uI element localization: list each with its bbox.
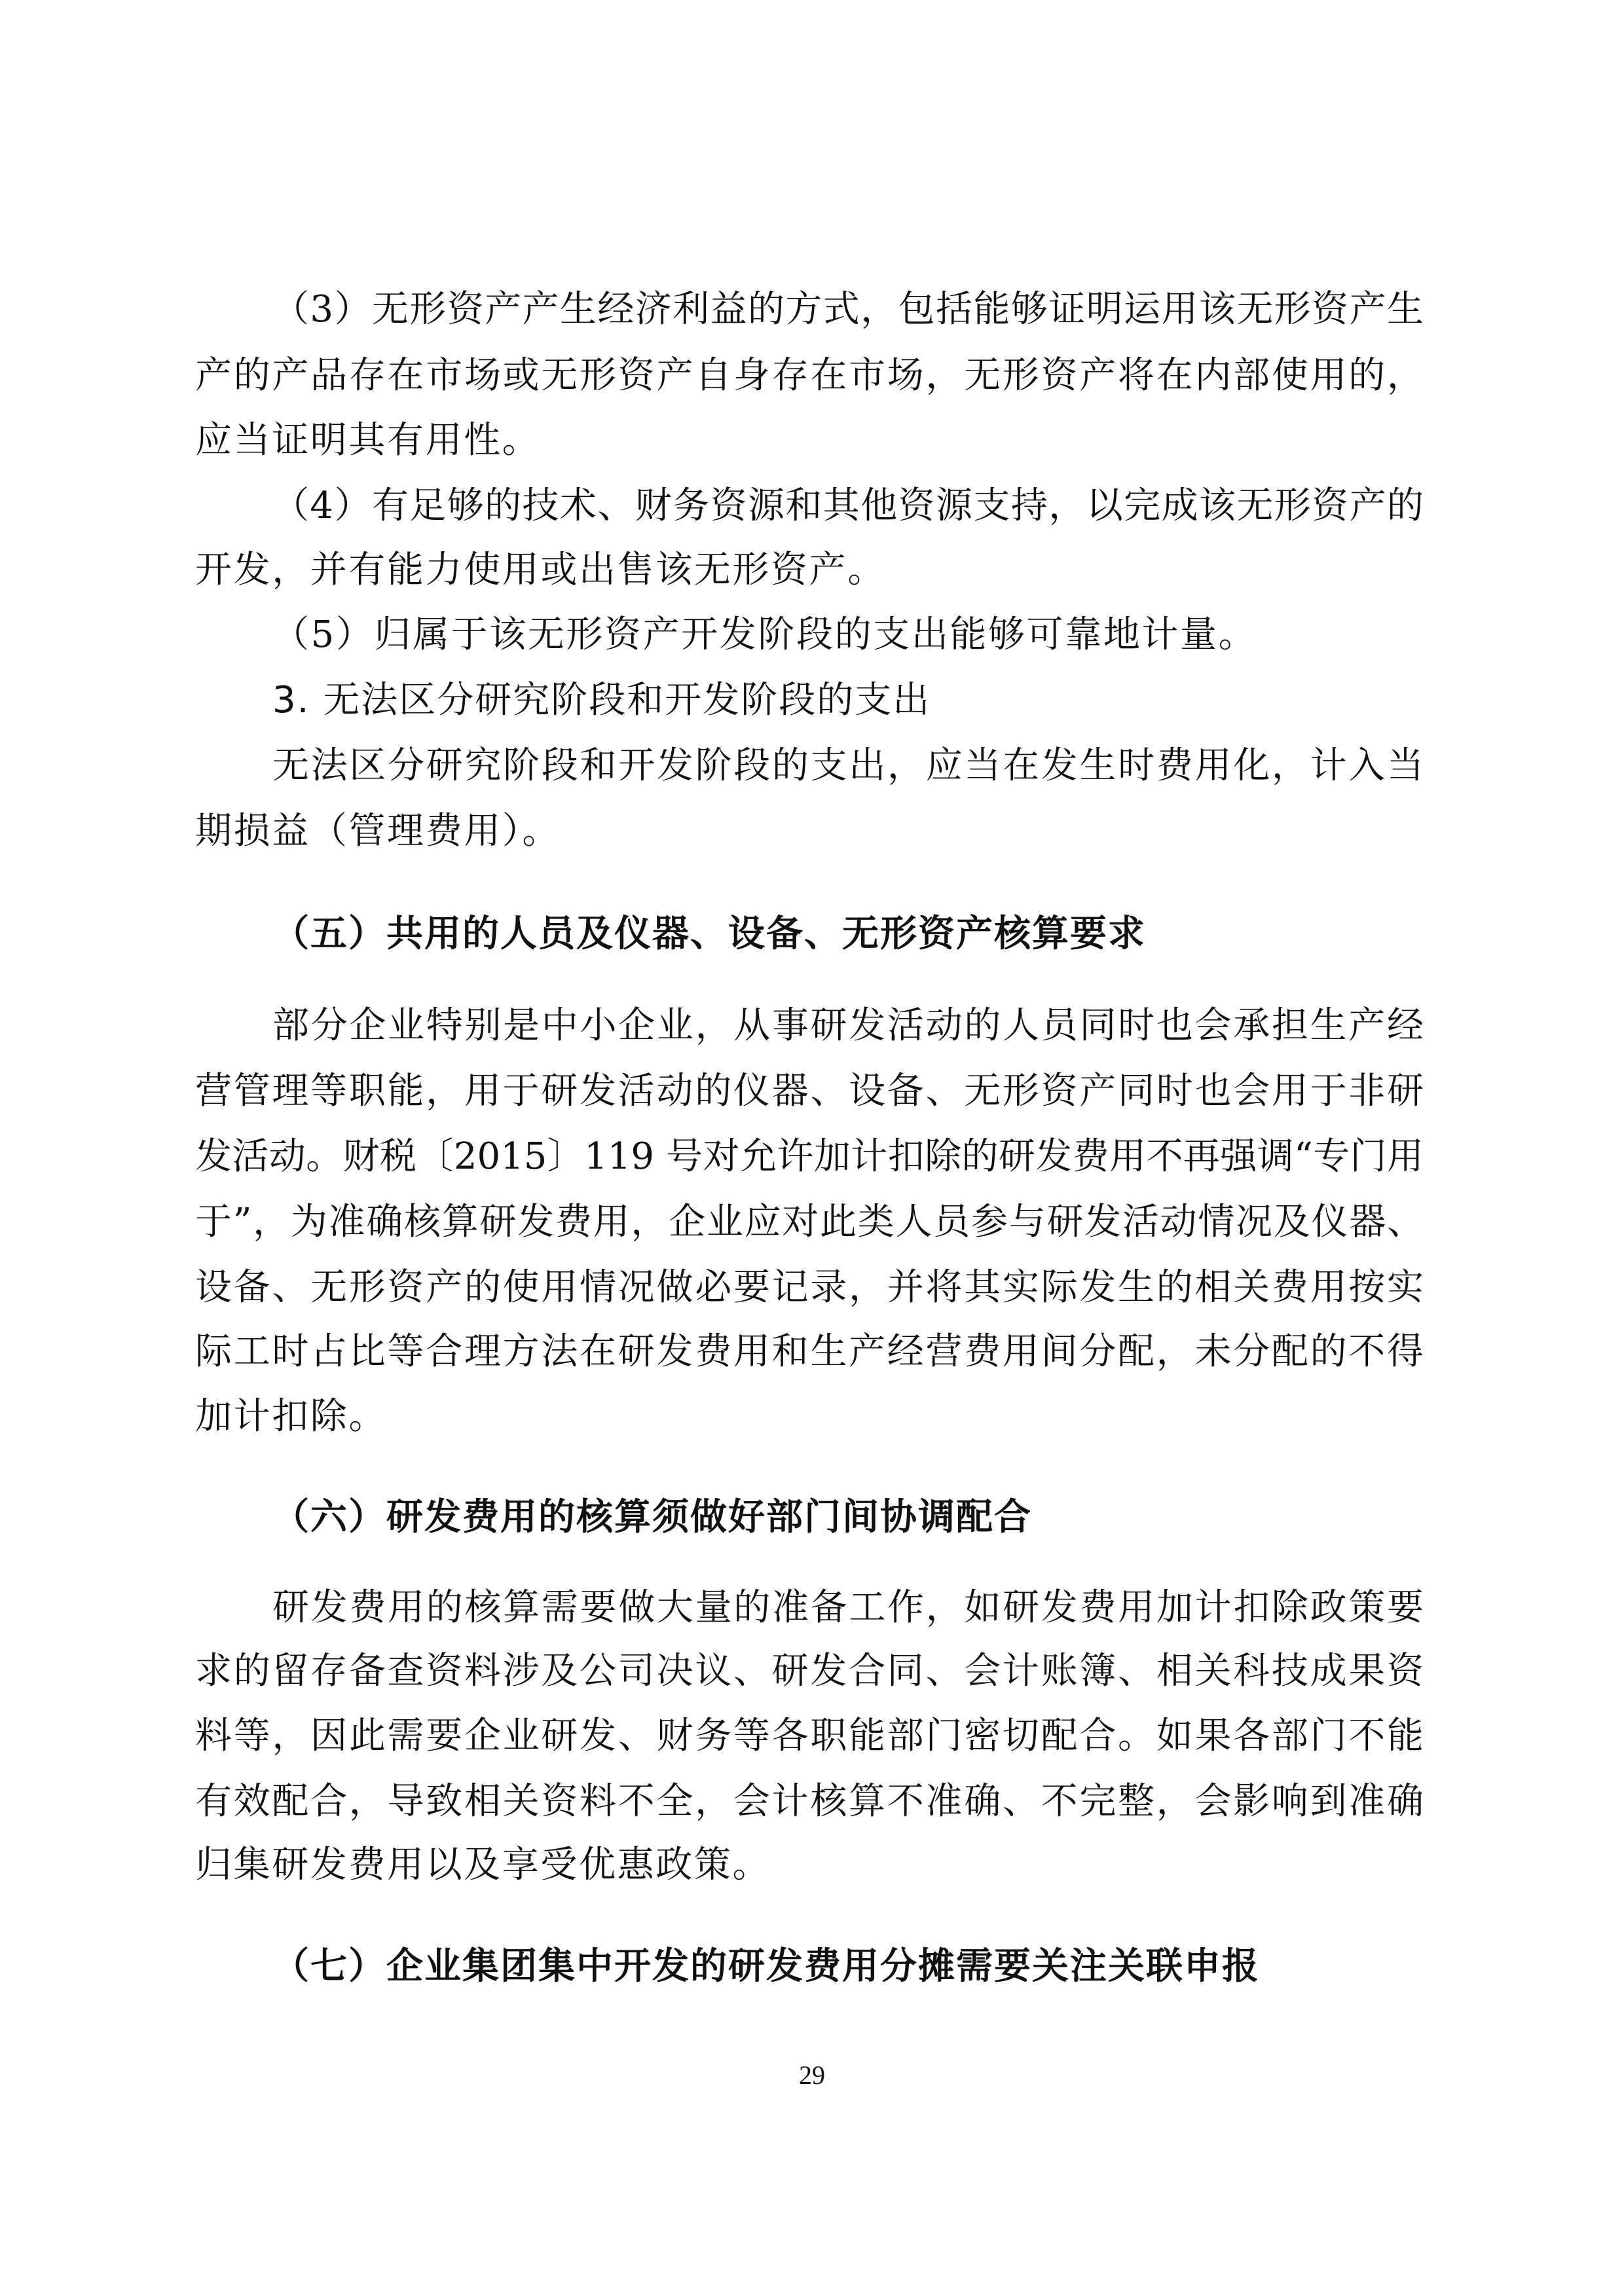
paragraph-line: （4）有足够的技术、财务资源和其他资源支持，以完成该无形资产的: [272, 473, 1424, 539]
paragraph-line: 求的留存备查资料涉及公司决议、研发合同、会计账簿、相关科技成果资: [195, 1639, 1424, 1704]
paragraph-line: 无法区分研究阶段和开发阶段的支出，应当在发生时费用化，计入当: [272, 733, 1424, 799]
subheading: 3. 无法区分研究阶段和开发阶段的支出: [272, 668, 1424, 733]
document-page: （3）无形资产产生经济利益的方式，包括能够证明运用该无形资产生 产的产品存在市场…: [0, 0, 1624, 2296]
paragraph-line: （5）归属于该无形资产开发阶段的支出能够可靠地计量。: [272, 602, 1424, 668]
paragraph-line: 研发费用的核算需要做大量的准备工作，如研发费用加计扣除政策要: [272, 1575, 1424, 1641]
page-number: 29: [0, 2059, 1624, 2092]
section-heading: （六）研发费用的核算须做好部门间协调配合: [272, 1484, 1501, 1550]
paragraph-line: 加计扣除。: [195, 1384, 1424, 1449]
paragraph-line: 有效配合，导致相关资料不全，会计核算不准确、不完整，会影响到准确: [195, 1769, 1424, 1834]
paragraph-line: （3）无形资产产生经济利益的方式，包括能够证明运用该无形资产生: [272, 277, 1424, 342]
paragraph-line: 发活动。财税〔2015〕119 号对允许加计扣除的研发费用不再强调“专门用: [195, 1124, 1424, 1190]
section-heading: （七）企业集团集中开发的研发费用分摊需要关注关联申报: [272, 1933, 1501, 1999]
paragraph-line: 际工时占比等合理方法在研发费用和生产经营费用间分配，未分配的不得: [195, 1319, 1424, 1385]
paragraph-line: 部分企业特别是中小企业，从事研发活动的人员同时也会承担生产经: [272, 993, 1424, 1059]
paragraph-line: 营管理等职能，用于研发活动的仪器、设备、无形资产同时也会用于非研: [195, 1059, 1424, 1124]
paragraph-line: 料等，因此需要企业研发、财务等各职能部门密切配合。如果各部门不能: [195, 1704, 1424, 1769]
paragraph-line: 开发，并有能力使用或出售该无形资产。: [195, 538, 1424, 603]
paragraph-line: 归集研发费用以及享受优惠政策。: [195, 1832, 1424, 1898]
paragraph-line: 设备、无形资产的使用情况做必要记录，并将其实际发生的相关费用按实: [195, 1255, 1424, 1321]
paragraph-line: 产的产品存在市场或无形资产自身存在市场，无形资产将在内部使用的，: [195, 343, 1424, 409]
section-heading: （五）共用的人员及仪器、设备、无形资产核算要求: [272, 901, 1501, 966]
paragraph-line: 于”，为准确核算研发费用，企业应对此类人员参与研发活动情况及仪器、: [195, 1190, 1424, 1255]
paragraph-line: 应当证明其有用性。: [195, 408, 1424, 473]
paragraph-line: 期损益（管理费用）。: [195, 799, 1424, 864]
